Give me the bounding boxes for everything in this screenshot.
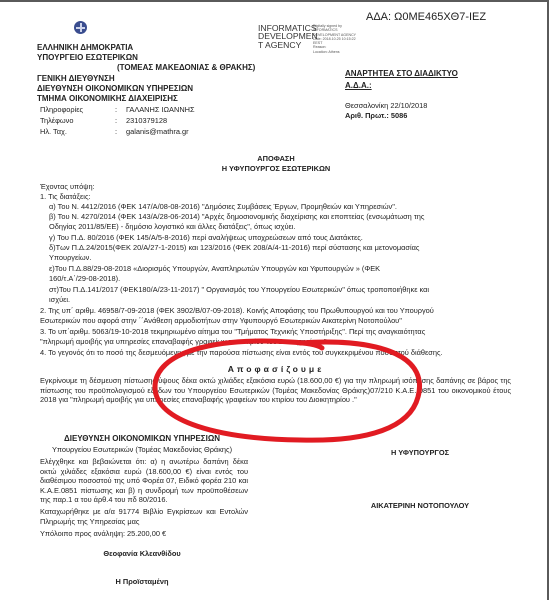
legal-item: Οδηγίας 2011/85/ΕΕ) - δημόσιο λογιστικό …: [49, 222, 296, 232]
legal-item: δ)Των Π.Δ.24/2015(ΦΕΚ 20/Α/27-1-2015) κα…: [49, 243, 419, 253]
header-directorate: ΔΙΕΥΘΥΝΣΗ ΟΙΚΟΝΟΜΙΚΩΝ ΥΠΗΡΕΣΙΩΝ: [37, 84, 193, 94]
contact-label: Πληροφορίες: [40, 105, 115, 115]
header-country: ΕΛΛΗΝΙΚΗ ΔΗΜΟΚΡΑΤΙΑ: [37, 43, 133, 53]
decision-title: ΑΠΟΦΑΣΗ: [0, 154, 552, 164]
financial-signer-role: Η Προϊσταμένη: [37, 577, 247, 587]
approval-paragraph: Εγκρίνουμε τη δέσμευση πίστωσης ύψους δέ…: [40, 376, 511, 405]
legal-item: στ)Του Π.Δ.141/2017 (ΦΕΚ180/Α/23-11-2017…: [49, 285, 429, 295]
contact-row: Τηλέφωνο:2310379128: [40, 116, 167, 126]
header-department: ΤΜΗΜΑ ΟΙΚΟΝΟΜΙΚΗΣ ΔΙΑΧΕΙΡΙΣΗΣ: [37, 94, 178, 104]
contact-email-link[interactable]: galanis@mathra.gr: [126, 127, 189, 136]
header-general-directorate: ΓΕΝΙΚΗ ΔΙΕΥΘΥΝΣΗ: [37, 74, 115, 84]
contact-value: ΓΑΛΑΝΗΣ ΙΩΑΝΝΗΣ: [126, 105, 195, 114]
signature-details: Digitally signed by INFORMATICS DEVELOPM…: [313, 24, 356, 54]
publication-place-date: Θεσσαλονίκη 22/10/2018: [345, 101, 427, 111]
financial-check-title: ΔΙΕΥΘΥΝΣΗ ΟΙΚΟΝΟΜΙΚΩΝ ΥΠΗΡΕΣΙΩΝ: [37, 434, 247, 444]
legal-item: 160/τ.Α΄/29-08-2018).: [49, 274, 120, 284]
legal-item: 3. Το υπ΄αριθμ. 5063/19-10-2018 τεκμηριω…: [40, 327, 425, 337]
ada-code: ΑΔΑ: Ω0ΜΕ465ΧΘ7-ΙΕΖ: [366, 11, 486, 23]
publication-notice: ΑΝΑΡΤΗΤΕΑ ΣΤΟ ΔΙΑΔΙΚΤΥΟ: [345, 69, 458, 79]
legal-item: β) Του Ν. 4270/2014 (ΦΕΚ 143/Α/28-06-201…: [49, 212, 424, 222]
legal-item: "πληρωμή αμοιβής για υπηρεσίες επαναβαφή…: [40, 337, 327, 347]
contact-value: 2310379128: [126, 116, 167, 125]
legal-item: Υπουργείων.: [49, 253, 91, 263]
remaining-balance: Υπόλοιπο προς ανάληψη: 25.200,00 €: [40, 529, 166, 539]
legal-item: α) Του Ν. 4412/2016 (ΦΕΚ 147/Α/08-08-201…: [49, 202, 397, 212]
greek-coat-of-arms-icon: [74, 21, 87, 34]
legal-item: 1. Τις διατάξεις:: [40, 192, 91, 202]
contact-row: Ηλ. Ταχ.:galanis@mathra.gr: [40, 127, 189, 137]
header-sector: (ΤΟΜΕΑΣ ΜΑΚΕΔΟΝΙΑΣ & ΘΡΑΚΗΣ): [117, 63, 255, 73]
contact-label: Τηλέφωνο: [40, 116, 115, 126]
financial-registration: Καταχωρήθηκε με α/α 91774 Βιβλίο Εγκρίσε…: [40, 507, 248, 526]
header-ministry: ΥΠΟΥΡΓΕΙΟ ΕΣΩΤΕΡΙΚΩΝ: [37, 53, 138, 63]
minister-name: ΑΙΚΑΤΕΡΙΝΗ ΝΟΤΟΠΟΥΛΟΥ: [330, 501, 510, 511]
legal-item: ισχύει.: [49, 295, 70, 305]
publication-ada-label: Α.Δ.Α.:: [345, 81, 372, 91]
contact-row: Πληροφορίες:ΓΑΛΑΝΗΣ ΙΩΑΝΝΗΣ: [40, 105, 195, 115]
signature-agency: INFORMATICS DEVELOPMEN T AGENCY: [258, 24, 318, 49]
protocol-number: Αριθ. Πρωτ.: 5086: [345, 111, 407, 121]
financial-verification: Ελέγχθηκε και βεβαιώνεται ότι: α) η ανωτ…: [40, 457, 248, 505]
legal-item: 4. Το γεγονός ότι το ποσό της δεσμευόμεν…: [40, 348, 443, 358]
legal-item: γ) Του Π.Δ. 80/2016 (ΦΕΚ 145/Α/5-8-2016)…: [49, 233, 363, 243]
financial-check-subtitle: Υπουργείου Εσωτερικών (Τομέας Μακεδονίας…: [37, 445, 247, 455]
minister-role: Η ΥΦΥΠΟΥΡΓΟΣ: [345, 448, 495, 458]
decision-issuer: Η ΥΦΥΠΟΥΡΓΟΣ ΕΣΩΤΕΡΙΚΩΝ: [0, 164, 552, 174]
legal-item: Εσωτερικών που αφορά στην ΄΄Ανάθεση αρμο…: [40, 316, 402, 326]
we-decide-heading: Αποφασίζουμε: [0, 364, 552, 374]
legal-item: 2. Της υπ΄ αριθμ. 46958/7-09-2018 (ΦΕΚ 3…: [40, 306, 434, 316]
legal-item: ε)Του Π.Δ.88/29-08-2018 «Διορισμός Υπουρ…: [49, 264, 380, 274]
considering-heading: Έχοντας υπόψη:: [40, 182, 95, 192]
contact-label: Ηλ. Ταχ.: [40, 127, 115, 137]
document-page: ΕΛΛΗΝΙΚΗ ΔΗΜΟΚΡΑΤΙΑ ΥΠΟΥΡΓΕΙΟ ΕΣΩΤΕΡΙΚΩΝ…: [0, 0, 549, 600]
financial-signer-name: Θεοφανία Κλεανθίδου: [37, 549, 247, 559]
